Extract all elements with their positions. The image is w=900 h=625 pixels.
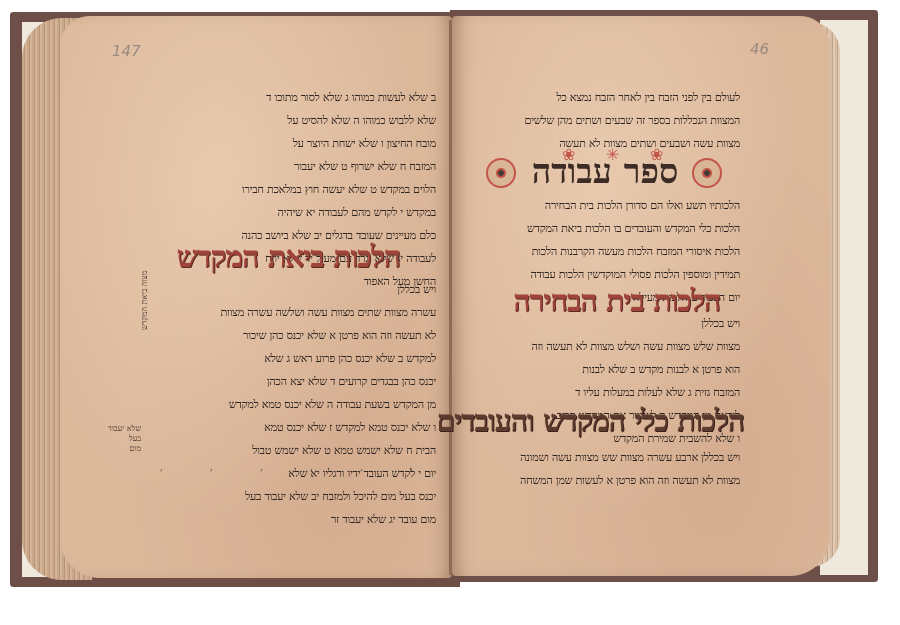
text-line: לעולם בין לפני הזבח בין לאחר הזבח נמצא כ… (462, 86, 740, 109)
margin-note-line: מום (108, 444, 141, 454)
text-line: למקדש ב שלא יכנס כהן פרוע ראש ג שלא (148, 347, 436, 370)
text-line: מום עובד יג שלא יעבוד זר (148, 508, 436, 531)
text-line: ב שלא לעשות כמוהו ג שלא לסור מתוכו ד (148, 86, 436, 109)
margin-note-line: שלא יעבוד (108, 424, 141, 434)
margin-note-line: בעל (108, 434, 141, 444)
right-text-top: לעולם בין לפני הזבח בין לאחר הזבח נמצא כ… (462, 86, 740, 155)
text-line: ויש בכללן (148, 278, 436, 301)
text-line: תמידין ומוספין הלכות פסולי המוקדשין הלכו… (462, 263, 740, 286)
text-line: המזבח ח שלא ישרוף ט שלא יעבור (148, 155, 436, 178)
manuscript-photo: 147 ב שלא לעשות כמוהו ג שלא לסור מתוכו ד… (0, 0, 900, 625)
left-heading: הלכות ביאת המקדש (160, 240, 400, 275)
left-margin-note: שלא יעבוד בעל מום (108, 424, 141, 454)
right-folio-number: 46 (750, 40, 769, 58)
text-line: הלכות כלי המקדש והעובדים בו הלכות ביאת ה… (462, 217, 740, 240)
text-line: הלוים במקדש ט שלא יעשה חוץ במלאכת חבירו (148, 178, 436, 201)
text-line: ויש בכללן (462, 312, 740, 335)
left-folio-number: 147 (112, 42, 141, 60)
text-line: הלכות איסורי המזבח הלכות מעשה הקרבנות הל… (462, 240, 740, 263)
rosette-ornament-icon (486, 158, 516, 188)
text-line: יכנס בעל מום להיכל ולמזבח יב שלא יעבוד ב… (148, 485, 436, 508)
text-line: הלכותיו תשע ואלו הם סדורן הלכות בית הבחי… (462, 194, 740, 217)
text-line: עשרה מצוות שתים מצוות עשה ושלשה עשרה מצו… (148, 301, 436, 324)
text-line: שלא ללבוש כמוהו ה שלא להסיט על (148, 109, 436, 132)
text-line: מצוות שלש מצוות עשה ושלש מצוות לא תעשה ו… (462, 335, 740, 358)
text-line: מן המקדש בשעת עבודה ה שלא יכנס טמא למקדש (148, 393, 436, 416)
text-line: המצוות הנכללות בספר זה שבעים ושתים מהן ש… (462, 109, 740, 132)
text-line: ו שלא יכנס טמא למקדש ז שלא יכנס טמא (148, 416, 436, 439)
text-line: ויש בכללן ארבע עשרה מצוות שש מצוות עשה ו… (462, 446, 740, 469)
text-line: מצוות לא תעשה וזה הוא פרטן א לעשות שמן ה… (462, 469, 740, 492)
left-margin-vertical-note: מצוה ביאת המקדש (140, 271, 149, 330)
text-line: יכנס כהן בבגדים קרועים ד שלא יצא הכהן (148, 370, 436, 393)
text-line: הוא פרטן א לבנות מקדש ב שלא לבנות (462, 358, 740, 381)
text-line: הבית ח שלא ישמש טמא ט שלא ישמש טבול (148, 439, 436, 462)
left-text-bottom: ויש בכללן עשרה מצוות שתים מצוות עשה ושלש… (148, 278, 436, 531)
book-title: ספר עבודה (520, 152, 690, 192)
rosette-ornament-icon (692, 158, 722, 188)
text-line: במקדש י לקדש מהם לעבודה יא שיהיה (148, 201, 436, 224)
text-line: מובח החיצון ו שלא ישחת היוצר על (148, 132, 436, 155)
text-line: לא תעשה וזה הוא פרטן א שלא יכנס כהן שיכו… (148, 324, 436, 347)
text-line: המזבח גזית ג שלא לעלות במעלות עליו ד (462, 381, 740, 404)
right-text-bottom: ויש בכללן ארבע עשרה מצוות שש מצוות עשה ו… (462, 446, 740, 492)
right-heading-2: הלכות כלי המקדש והעובדים (456, 404, 744, 439)
